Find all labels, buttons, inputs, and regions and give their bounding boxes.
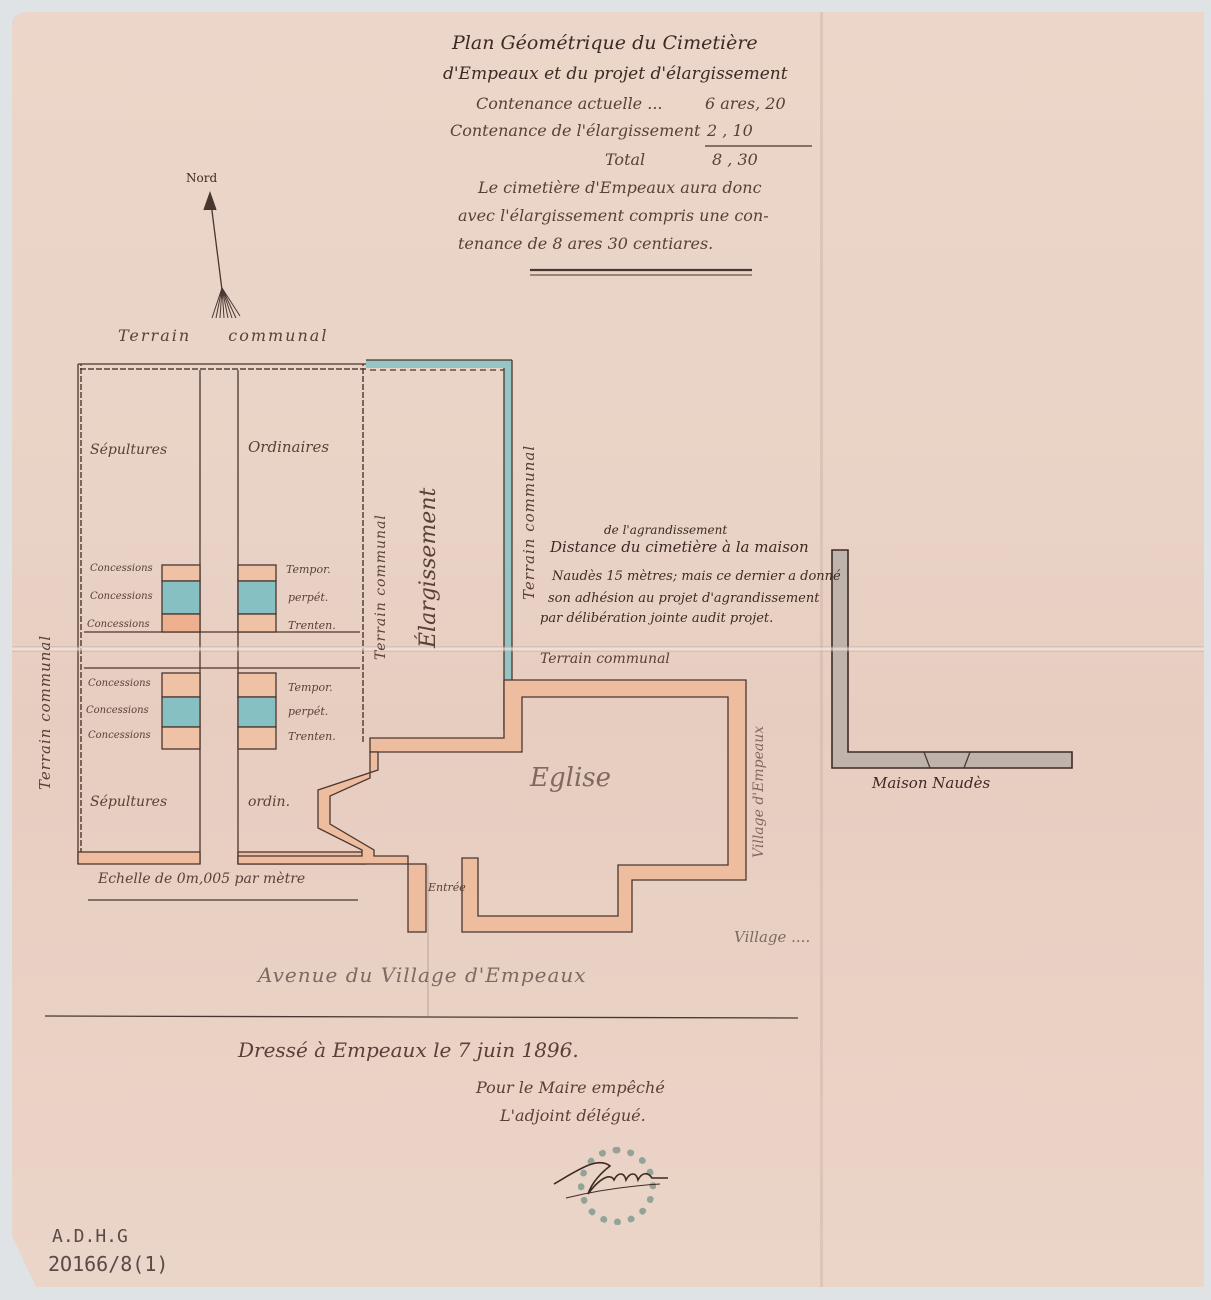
label-terrain-communal-left: Terrain communal	[38, 635, 53, 790]
signature-date-line: Dressé à Empeaux le 7 juin 1896.	[238, 1040, 579, 1060]
concession-left-label-2c: Concessions	[88, 731, 151, 741]
concession-right-label-1a: Tempor.	[286, 564, 331, 575]
label-avenue: Avenue du Village d'Empeaux	[258, 965, 587, 985]
signature-line-2: Pour le Maire empêché	[476, 1080, 665, 1096]
area-row-label-total: Total	[605, 152, 645, 168]
area-row-value-current: 6 ares, 20	[705, 96, 786, 112]
concession-left-label-1c: Concessions	[87, 620, 150, 630]
label-terrain-communal-bottom: Terrain communal	[540, 652, 670, 666]
archive-reference-line-2: 2O166/8(1)	[48, 1252, 168, 1276]
concession-left-label-1a: Concessions	[90, 564, 153, 574]
area-row-value-total: 8 , 30	[712, 152, 758, 168]
concession-right-label-2b: perpét.	[288, 706, 328, 717]
label-terrain-communal-right: Terrain communal	[522, 445, 537, 600]
note-line-2: Naudès 15 mètres; mais ce dernier a donn…	[552, 570, 841, 583]
label-maison-naudes: Maison Naudès	[872, 776, 990, 791]
label-entree: Entrée	[428, 882, 466, 893]
concession-right-label-2a: Tempor.	[288, 682, 333, 693]
label-eglise: Eglise	[530, 765, 611, 791]
summary-line-2: avec l'élargissement compris une con-	[458, 208, 769, 224]
area-row-label-enlargement: Contenance de l'élargissement	[450, 123, 700, 139]
title-line-1: Plan Géométrique du Cimetière	[452, 34, 758, 53]
label-village: Village ....	[734, 930, 810, 945]
area-row-label-current: Contenance actuelle ...	[476, 96, 663, 112]
title-line-2: d'Empeaux et du projet d'élargissement	[443, 66, 788, 83]
note-line-3: son adhésion au projet d'agrandissement	[548, 592, 819, 605]
note-superscript: de l'agrandissement	[604, 524, 727, 536]
maison-naudes-building	[832, 550, 1072, 768]
note-line-1: Distance du cimetière à la maison	[550, 540, 809, 555]
label-sepultures-bottom: Sépultures	[90, 795, 167, 809]
area-row-value-enlargement: 2 , 10	[707, 123, 753, 139]
label-terrain-communal-top: Terrain communal	[118, 328, 328, 344]
compass-arrow-icon	[204, 193, 240, 318]
note-line-4: par délibération jointe audit projet.	[540, 612, 773, 625]
label-village-empeaux: Village d'Empeaux	[752, 726, 766, 858]
label-ordin-bottom: ordin.	[248, 795, 290, 809]
concession-blocks	[162, 565, 276, 749]
concession-right-label-1b: perpét.	[288, 592, 328, 603]
concession-left-label-1b: Concessions	[90, 592, 153, 602]
label-ordinaires-top: Ordinaires	[248, 440, 329, 455]
compass-north-label: Nord	[186, 172, 217, 184]
label-sepultures-top: Sépultures	[90, 443, 167, 457]
concession-right-label-2c: Trenten.	[288, 731, 336, 742]
concession-left-label-2a: Concessions	[88, 679, 151, 689]
concession-left-label-2b: Concessions	[86, 706, 149, 716]
signature-scribble-icon	[548, 1150, 678, 1210]
concession-right-label-1c: Trenten.	[288, 620, 336, 631]
summary-line-3: tenance de 8 ares 30 centiares.	[458, 236, 713, 252]
label-terrain-communal-mid: Terrain communal	[374, 514, 388, 660]
signature-line-3: L'adjoint délégué.	[500, 1108, 646, 1124]
summary-line-1: Le cimetière d'Empeaux aura donc	[478, 180, 762, 196]
label-elargissement: Élargissement	[418, 488, 440, 648]
label-echelle: Echelle de 0m,005 par mètre	[98, 872, 305, 886]
archive-reference-line-1: A.D.H.G	[52, 1226, 128, 1247]
